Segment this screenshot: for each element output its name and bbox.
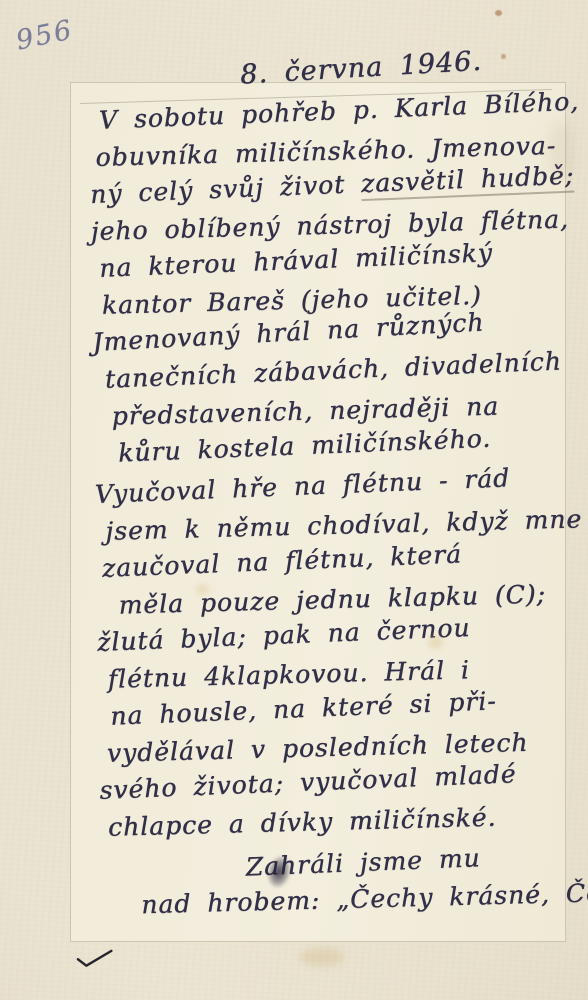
line-prefix: ný celý svůj život xyxy=(90,169,362,209)
underlined-phrase: zasvětil hudbě; xyxy=(360,161,574,202)
page-number-annotation: 956 xyxy=(13,14,76,56)
manuscript-line: nad hrobem: „Čechy krásné, Čechy mé“ xyxy=(141,876,584,924)
paragraph-3: Zahráli jsme mu nad hrobem: „Čechy krásn… xyxy=(100,844,583,924)
paragraph-2: Vyučoval hře na flétnu - rád jsem k němu… xyxy=(95,468,583,846)
check-mark xyxy=(75,949,116,972)
paper-stain xyxy=(495,10,502,16)
paragraph-1: V sobotu pohřeb p. Karla Bílého, obuvník… xyxy=(89,94,577,472)
scanned-chronicle-page: { "document": { "page_number": "956", "d… xyxy=(0,0,588,1000)
manuscript-text: 8. června 1946. V sobotu pohřeb p. Karla… xyxy=(88,50,584,923)
paper-stain xyxy=(300,948,344,966)
